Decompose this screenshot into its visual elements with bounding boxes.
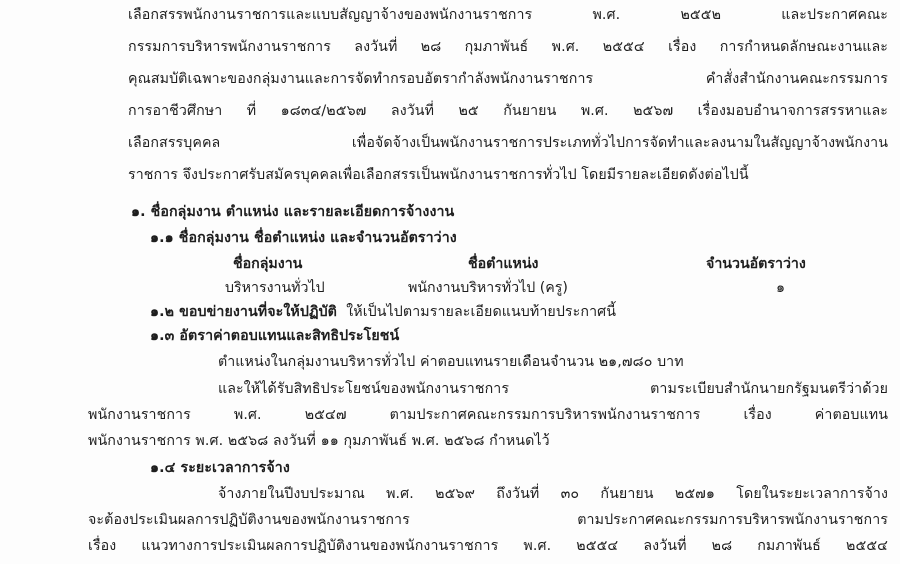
- intro-line-5: เลือกสรรบุคคล เพื่อจัดจ้างเป็นพนักงานราช…: [128, 133, 888, 153]
- benefits-line-1: และให้ได้รับสิทธิประโยชน์ของพนักงานราชกา…: [218, 379, 888, 399]
- intro-line-3: คุณสมบัติเฉพาะของกลุ่มงานและการจัดทำกรอบ…: [128, 69, 888, 89]
- benefits-line-3: พนักงานราชการ พ.ศ. ๒๕๖๘ ลงวันที่ ๑๑ กุมภ…: [88, 431, 550, 451]
- salary-line: ตำแหน่งในกลุ่มงานบริหารทั่วไป ค่าตอบแทนร…: [218, 352, 684, 372]
- section-1-4-heading: ๑.๔ ระยะเวลาการจ้าง: [150, 458, 290, 478]
- section-1-2-text: ให้เป็นไปตามรายละเอียดแนบท้ายประกาศนี้: [346, 304, 616, 320]
- benefits-line-2: พนักงานราชการ พ.ศ. ๒๕๔๗ ตามประกาศคณะกรรม…: [88, 405, 888, 425]
- intro-line-6: ราชการ จึงประกาศรับสมัครบุคคลเพื่อเลือกส…: [128, 165, 749, 185]
- employment-period-line-2: จะต้องประเมินผลการปฏิบัติงานของพนักงานรา…: [88, 510, 888, 530]
- employment-period-line-3: เรื่อง แนวทางการประเมินผลการปฏิบัติงานขอ…: [88, 536, 888, 556]
- table-header-vacancies: จำนวนอัตราว่าง: [706, 254, 806, 274]
- table-header-group: ชื่อกลุ่มงาน: [233, 254, 302, 274]
- table-cell-vacancies: ๑: [776, 278, 785, 298]
- section-1-3-heading: ๑.๓ อัตราค่าตอบแทนและสิทธิประโยชน์: [150, 326, 399, 346]
- intro-line-2: กรรมการบริหารพนักงานราชการ ลงวันที่ ๒๘ ก…: [128, 37, 888, 57]
- section-1-2: ๑.๒ ขอบข่ายงานที่จะให้ปฏิบัติ ให้เป็นไปต…: [150, 302, 616, 322]
- section-1-2-heading: ๑.๒ ขอบข่ายงานที่จะให้ปฏิบัติ: [150, 304, 337, 320]
- table-header-position: ชื่อตำแหน่ง: [468, 254, 538, 274]
- section-1-heading: ๑. ชื่อกลุ่มงาน ตำแหน่ง และรายละเอียดการ…: [131, 202, 454, 222]
- section-1-1-heading: ๑.๑ ชื่อกลุ่มงาน ชื่อตำแหน่ง และจำนวนอัต…: [150, 228, 457, 248]
- intro-line-4: การอาชีวศึกษา ที่ ๑๘๓๔/๒๕๖๗ ลงวันที่ ๒๕ …: [128, 101, 888, 121]
- intro-line-1: เลือกสรรพนักงานราชการและแบบสัญญาจ้างของพ…: [128, 5, 888, 25]
- employment-period-line-1: จ้างภายในปีงบประมาณ พ.ศ. ๒๕๖๙ ถึงวันที่ …: [218, 484, 888, 504]
- table-cell-group: บริหารงานทั่วไป: [225, 278, 325, 298]
- table-cell-position: พนักงานบริหารทั่วไป (ครู): [408, 278, 568, 298]
